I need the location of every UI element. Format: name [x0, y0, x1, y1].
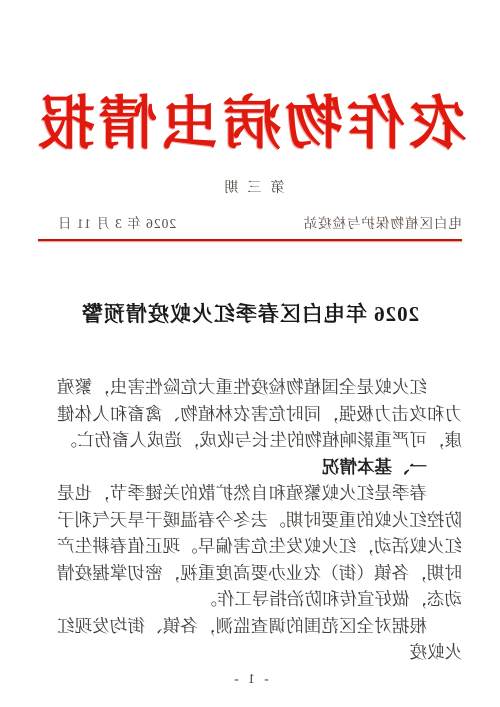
page-number: - 1 - — [0, 671, 500, 687]
publisher-name: 电白区植物保护与检疫站 — [303, 212, 463, 232]
paragraph: 春季是红火蚁繁殖和自然扩散的关键季节，也是防控红火蚁的重要时期。去冬今春温暖干旱… — [57, 480, 462, 613]
document-page: 农作物病虫情报 第三期 电白区植物保护与检疫站 2026 年 3 月 11 日 … — [0, 0, 500, 707]
issue-label: 第三期 — [0, 177, 500, 197]
article-body: 红火蚁是全国植物检疫性重大危险性害虫，繁殖力和攻击力极强，同时危害农林植物、禽畜… — [57, 374, 462, 666]
section-heading: 一、基本情况 — [57, 454, 462, 481]
article-title: 2026 年电白区春季红火蚁疫情预警 — [38, 298, 462, 328]
masthead: 农作物病虫情报 — [0, 86, 500, 161]
publish-date: 2026 年 3 月 11 日 — [57, 212, 176, 232]
publisher-row: 电白区植物保护与检疫站 2026 年 3 月 11 日 — [57, 212, 462, 232]
paragraph: 红火蚁是全国植物检疫性重大危险性害虫，繁殖力和攻击力极强，同时危害农林植物、禽畜… — [57, 374, 462, 454]
masthead-title: 农作物病虫情报 — [0, 86, 500, 161]
paragraph: 根据对全区范围的调查监测，各镇、街均发现红火蚁疫 — [57, 613, 462, 666]
red-divider-rule — [38, 239, 462, 241]
